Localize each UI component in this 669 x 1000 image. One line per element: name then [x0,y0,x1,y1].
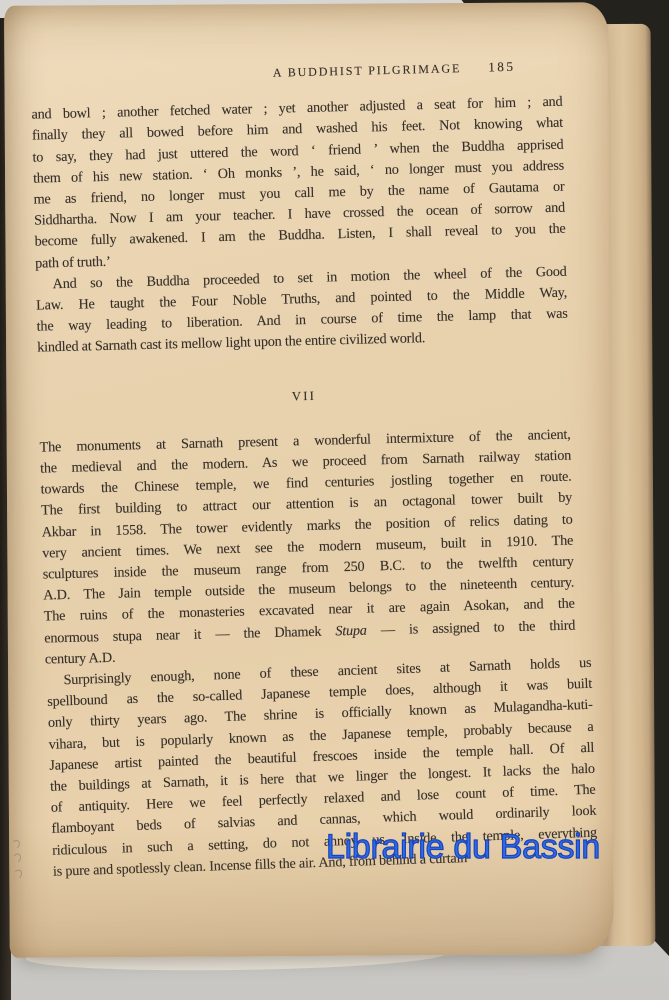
paragraph-3: The monuments at Sarnath present a wonde… [39,424,576,670]
running-header-title: A BUDDHIST PILGRIMAGE [273,58,462,84]
page-text: A BUDDHIST PILGRIMAGE 185 and bowl ; ano… [30,55,581,883]
watermark: Librairie du Bassin [326,828,600,867]
paragraph-2: And so the Buddha proceeded to set in mo… [35,261,568,359]
book-photo: A BUDDHIST PILGRIMAGE 185 and bowl ; ano… [0,0,669,1000]
page-number: 185 [488,56,516,78]
edge-pencil-marking [10,834,28,894]
section-heading: VII [38,379,569,413]
running-header: A BUDDHIST PILGRIMAGE 185 [30,55,561,90]
paragraph-1: and bowl ; another fetched water ; yet a… [31,92,566,275]
book-page: A BUDDHIST PILGRIMAGE 185 and bowl ; ano… [4,2,614,958]
